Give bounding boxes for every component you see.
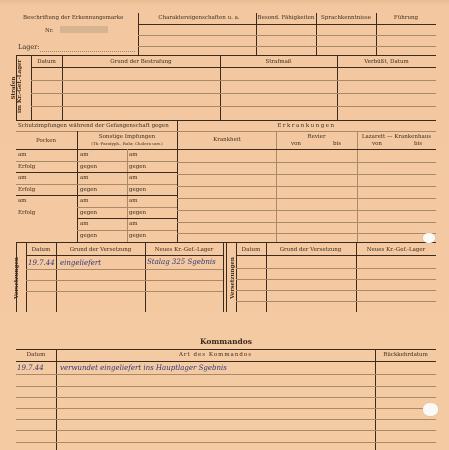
revier-label: Revier [276, 134, 357, 140]
rule [177, 174, 436, 175]
rule [16, 419, 436, 420]
krankheit-label: Krankheit [177, 137, 277, 143]
impf-row-s2: gegen [129, 187, 146, 193]
divider [138, 13, 139, 55]
impf-row-pocken: Erfolg [18, 164, 35, 170]
impf-row-pocken: Erfolg [18, 187, 35, 193]
rule [236, 255, 436, 256]
rule [16, 361, 436, 362]
col-fuehrung: Führung [376, 15, 436, 21]
pow-record-card: Beschriftung der Erkennungsmarke Nr. Lag… [0, 0, 449, 450]
erkrankungen-title: Erkrankungen [177, 123, 436, 129]
sonstige-sub: (Tb.-Paratyph., Ruhr, Cholera usw.) [77, 141, 177, 147]
kommando-entry-art: verwundet eingeliefert ins Hauptlager Sg… [60, 364, 227, 372]
impf-row-s1: am [80, 152, 89, 158]
erkennungsmarke-label: Beschriftung der Erkennungsmarke [23, 15, 123, 21]
rule [77, 207, 177, 208]
versetz-right-col-grund: Grund der Versetzung [266, 247, 355, 253]
rule [16, 397, 436, 398]
kommando-entry-datum: 19.7.44 [17, 364, 44, 372]
versetz-entry-grund: eingeliefert [60, 259, 101, 267]
rule [16, 374, 436, 375]
rule [16, 386, 436, 387]
strafen-col-grund: Grund der Bestrafung [62, 59, 220, 65]
rule [16, 408, 436, 409]
rule [236, 290, 436, 291]
versetz-left-col-grund: Grund der Versetzung [56, 247, 145, 253]
versetzungen-side-label-left: Versetzungen [14, 248, 20, 308]
rule [31, 93, 436, 94]
revier-von: von [291, 141, 301, 147]
impf-row-s1: gegen [80, 233, 97, 239]
impf-row-pocken: am [18, 175, 27, 181]
rule [31, 106, 436, 107]
kommandos-col-datum: Datum [16, 352, 56, 358]
redacted-number [60, 26, 108, 33]
rule [177, 149, 436, 150]
versetz-entry-datum: 19.7.44 [28, 259, 55, 267]
strafen-col-datum: Datum [31, 59, 62, 65]
impf-row-s1: am [80, 198, 89, 204]
rule [138, 24, 436, 25]
strafen-side-label: Strafenim Kr.-Gef.-Lager [11, 63, 23, 113]
impf-row-s2: am [129, 175, 138, 181]
rule [16, 161, 177, 162]
rule [177, 198, 436, 199]
versetz-left-col-lager: Neues Kr.-Gef.-Lager [145, 247, 223, 253]
rule [236, 279, 436, 280]
impf-row-s2: gegen [129, 233, 146, 239]
impf-row-pocken: am [18, 198, 27, 204]
lazarett-bis: bis [414, 141, 422, 147]
lager-label: Lager: [18, 44, 40, 50]
rule [77, 230, 177, 231]
pocken-label: Pocken [16, 138, 76, 144]
divider [77, 131, 78, 242]
sonstige-label: Sonstige Impfungen [77, 134, 177, 140]
rule [26, 255, 223, 256]
divider [375, 349, 376, 450]
versetz-entry-lager: Stalag 325 Sgebnis [147, 258, 216, 266]
impfungen-title: Schutzimpfungen während der Gefangenscha… [18, 123, 169, 129]
impf-row-s1: gegen [80, 210, 97, 216]
rule [16, 55, 436, 56]
rule [16, 120, 436, 121]
rule [16, 195, 177, 196]
rule [177, 162, 436, 163]
impf-row-s2: gegen [129, 164, 146, 170]
rule [177, 131, 436, 132]
rule [236, 301, 436, 302]
punch-hole [423, 233, 435, 243]
rule [177, 222, 436, 223]
divider [226, 242, 227, 312]
rule [236, 268, 436, 269]
rule [16, 172, 177, 173]
lazarett-label: Lazarett — Krankenhaus [357, 134, 436, 140]
rule [177, 210, 436, 211]
impf-row-s2: am [129, 152, 138, 158]
rule [16, 349, 436, 350]
versetz-left-col-datum: Datum [26, 247, 56, 253]
impf-row-s1: gegen [80, 164, 97, 170]
versetz-right-col-datum: Datum [236, 247, 266, 253]
strafen-col-strafmass: Strafmaß [220, 59, 337, 65]
rule [26, 269, 223, 270]
impf-row-s1: gegen [80, 187, 97, 193]
impf-row-s2: am [129, 198, 138, 204]
rule [31, 80, 436, 81]
impf-row-s1: am [80, 221, 89, 227]
impf-row-s2: am [129, 221, 138, 227]
rule [138, 35, 436, 36]
rule [26, 291, 223, 292]
rule [26, 280, 223, 281]
lager-line [40, 51, 135, 52]
rule [16, 184, 177, 185]
lazarett-von: von [372, 141, 382, 147]
rule [16, 430, 436, 431]
rule [31, 67, 436, 68]
rule [138, 46, 436, 47]
rule [16, 131, 177, 132]
impf-row-s2: gegen [129, 210, 146, 216]
versetz-right-col-lager: Neues Kr.-Gef.-Lager [356, 247, 436, 253]
col-sprachen: Sprachkenntnisse [316, 15, 376, 21]
rule [177, 186, 436, 187]
impf-row-pocken: Erfolg [18, 210, 35, 216]
kommandos-col-art: Art des Kommandos [56, 352, 375, 358]
impf-row-s1: am [80, 175, 89, 181]
kommandos-title: Kommandos [16, 339, 436, 345]
divider [223, 242, 224, 312]
rule [77, 218, 177, 219]
kommandos-col-rueckkehr: Rückkehrdatum [375, 352, 436, 358]
nr-label: Nr. [45, 28, 54, 34]
impf-row-pocken: am [18, 152, 27, 158]
col-faehigkeiten: Besond. Fähigkeiten [256, 15, 316, 21]
rule [177, 233, 436, 234]
col-charakter: Charaktereigenschaften u. a. [140, 15, 258, 21]
rule [16, 442, 436, 443]
strafen-col-verbuesst: Verbüßt, Datum [337, 59, 436, 65]
rule [16, 149, 177, 150]
divider [56, 349, 57, 450]
punch-hole [423, 403, 438, 416]
revier-bis: bis [333, 141, 341, 147]
